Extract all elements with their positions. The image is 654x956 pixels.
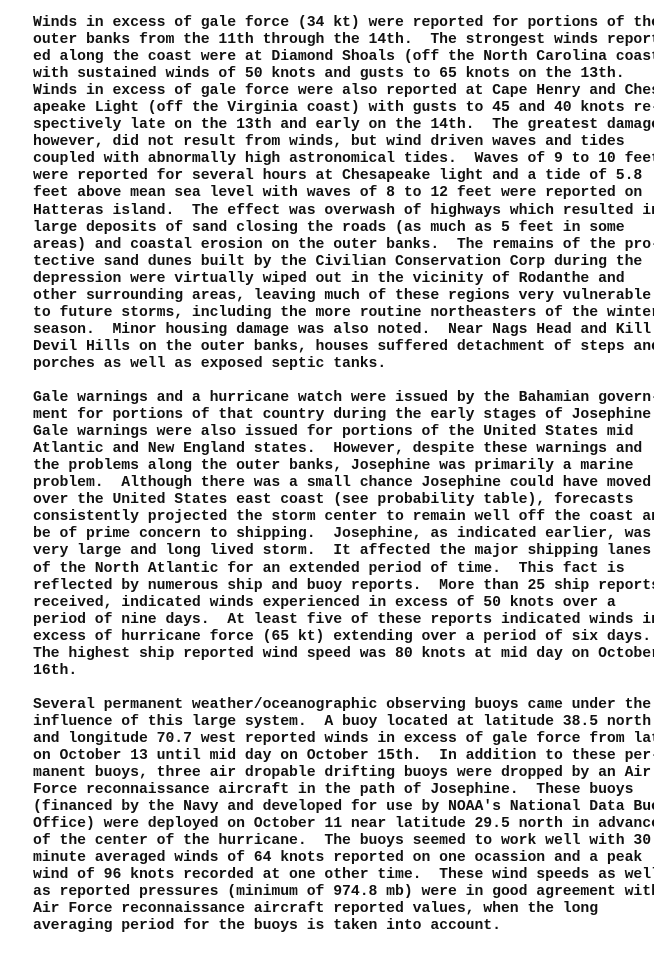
text-line: reflected by numerous ship and buoy repo… bbox=[33, 578, 643, 595]
text-line: be of prime concern to shipping. Josephi… bbox=[33, 526, 643, 543]
text-line: Hatteras island. The effect was overwash… bbox=[33, 203, 643, 220]
text-line: The highest ship reported wind speed was… bbox=[33, 646, 643, 663]
text-line: Air Force reconnaissance aircraft report… bbox=[33, 901, 643, 918]
text-line: with sustained winds of 50 knots and gus… bbox=[33, 66, 643, 83]
text-line: period of nine days. At least five of th… bbox=[33, 612, 643, 629]
paragraph-buoy-observations: Several permanent weather/oceanographic … bbox=[33, 697, 643, 936]
paragraph-coastal-impacts: Winds in excess of gale force (34 kt) we… bbox=[33, 15, 643, 373]
text-line: ed along the coast were at Diamond Shoal… bbox=[33, 49, 643, 66]
text-line: 16th. bbox=[33, 663, 643, 680]
text-line: over the United States east coast (see p… bbox=[33, 492, 643, 509]
text-line: to future storms, including the more rou… bbox=[33, 305, 643, 322]
text-line: Gale warnings and a hurricane watch were… bbox=[33, 390, 643, 407]
text-line: areas) and coastal erosion on the outer … bbox=[33, 237, 643, 254]
text-line: Winds in excess of gale force were also … bbox=[33, 83, 643, 100]
text-line: Office) were deployed on October 11 near… bbox=[33, 816, 643, 833]
paragraph-warnings-and-shipping: Gale warnings and a hurricane watch were… bbox=[33, 390, 643, 680]
text-line: coupled with abnormally high astronomica… bbox=[33, 151, 643, 168]
text-line: consistently projected the storm center … bbox=[33, 509, 643, 526]
text-line: and longitude 70.7 west reported winds i… bbox=[33, 731, 643, 748]
text-line: outer banks from the 11th through the 14… bbox=[33, 32, 643, 49]
text-line: influence of this large system. A buoy l… bbox=[33, 714, 643, 731]
text-line: the problems along the outer banks, Jose… bbox=[33, 458, 643, 475]
text-line: large deposits of sand closing the roads… bbox=[33, 220, 643, 237]
text-line: season. Minor housing damage was also no… bbox=[33, 322, 643, 339]
text-line: minute averaged winds of 64 knots report… bbox=[33, 850, 643, 867]
text-line: Several permanent weather/oceanographic … bbox=[33, 697, 643, 714]
text-line: (financed by the Navy and developed for … bbox=[33, 799, 643, 816]
text-line: on October 13 until mid day on October 1… bbox=[33, 748, 643, 765]
text-line: Devil Hills on the outer banks, houses s… bbox=[33, 339, 643, 356]
text-line: tective sand dunes built by the Civilian… bbox=[33, 254, 643, 271]
text-line: very large and long lived storm. It affe… bbox=[33, 543, 643, 560]
text-line: problem. Although there was a small chan… bbox=[33, 475, 643, 492]
text-line: Gale warnings were also issued for porti… bbox=[33, 424, 643, 441]
text-line: depression were virtually wiped out in t… bbox=[33, 271, 643, 288]
text-line: excess of hurricane force (65 kt) extend… bbox=[33, 629, 643, 646]
text-line: wind of 96 knots recorded at one other t… bbox=[33, 867, 643, 884]
text-line: Winds in excess of gale force (34 kt) we… bbox=[33, 15, 643, 32]
text-line: received, indicated winds experienced in… bbox=[33, 595, 643, 612]
text-line: feet above mean sea level with waves of … bbox=[33, 185, 643, 202]
text-line: apeake Light (off the Virginia coast) wi… bbox=[33, 100, 643, 117]
text-line: were reported for several hours at Chesa… bbox=[33, 168, 643, 185]
text-line: ment for portions of that country during… bbox=[33, 407, 643, 424]
text-line: Force reconnaissance aircraft in the pat… bbox=[33, 782, 643, 799]
text-line: of the center of the hurricane. The buoy… bbox=[33, 833, 643, 850]
text-line: however, did not result from winds, but … bbox=[33, 134, 643, 151]
text-line: Atlantic and New England states. However… bbox=[33, 441, 643, 458]
text-line: as reported pressures (minimum of 974.8 … bbox=[33, 884, 643, 901]
text-line: averaging period for the buoys is taken … bbox=[33, 918, 643, 935]
text-line: other surrounding areas, leaving much of… bbox=[33, 288, 643, 305]
text-line: porches as well as exposed septic tanks. bbox=[33, 356, 643, 373]
document-page: Winds in excess of gale force (34 kt) we… bbox=[33, 15, 643, 953]
text-line: of the North Atlantic for an extended pe… bbox=[33, 561, 643, 578]
text-line: spectively late on the 13th and early on… bbox=[33, 117, 643, 134]
text-line: manent buoys, three air dropable driftin… bbox=[33, 765, 643, 782]
